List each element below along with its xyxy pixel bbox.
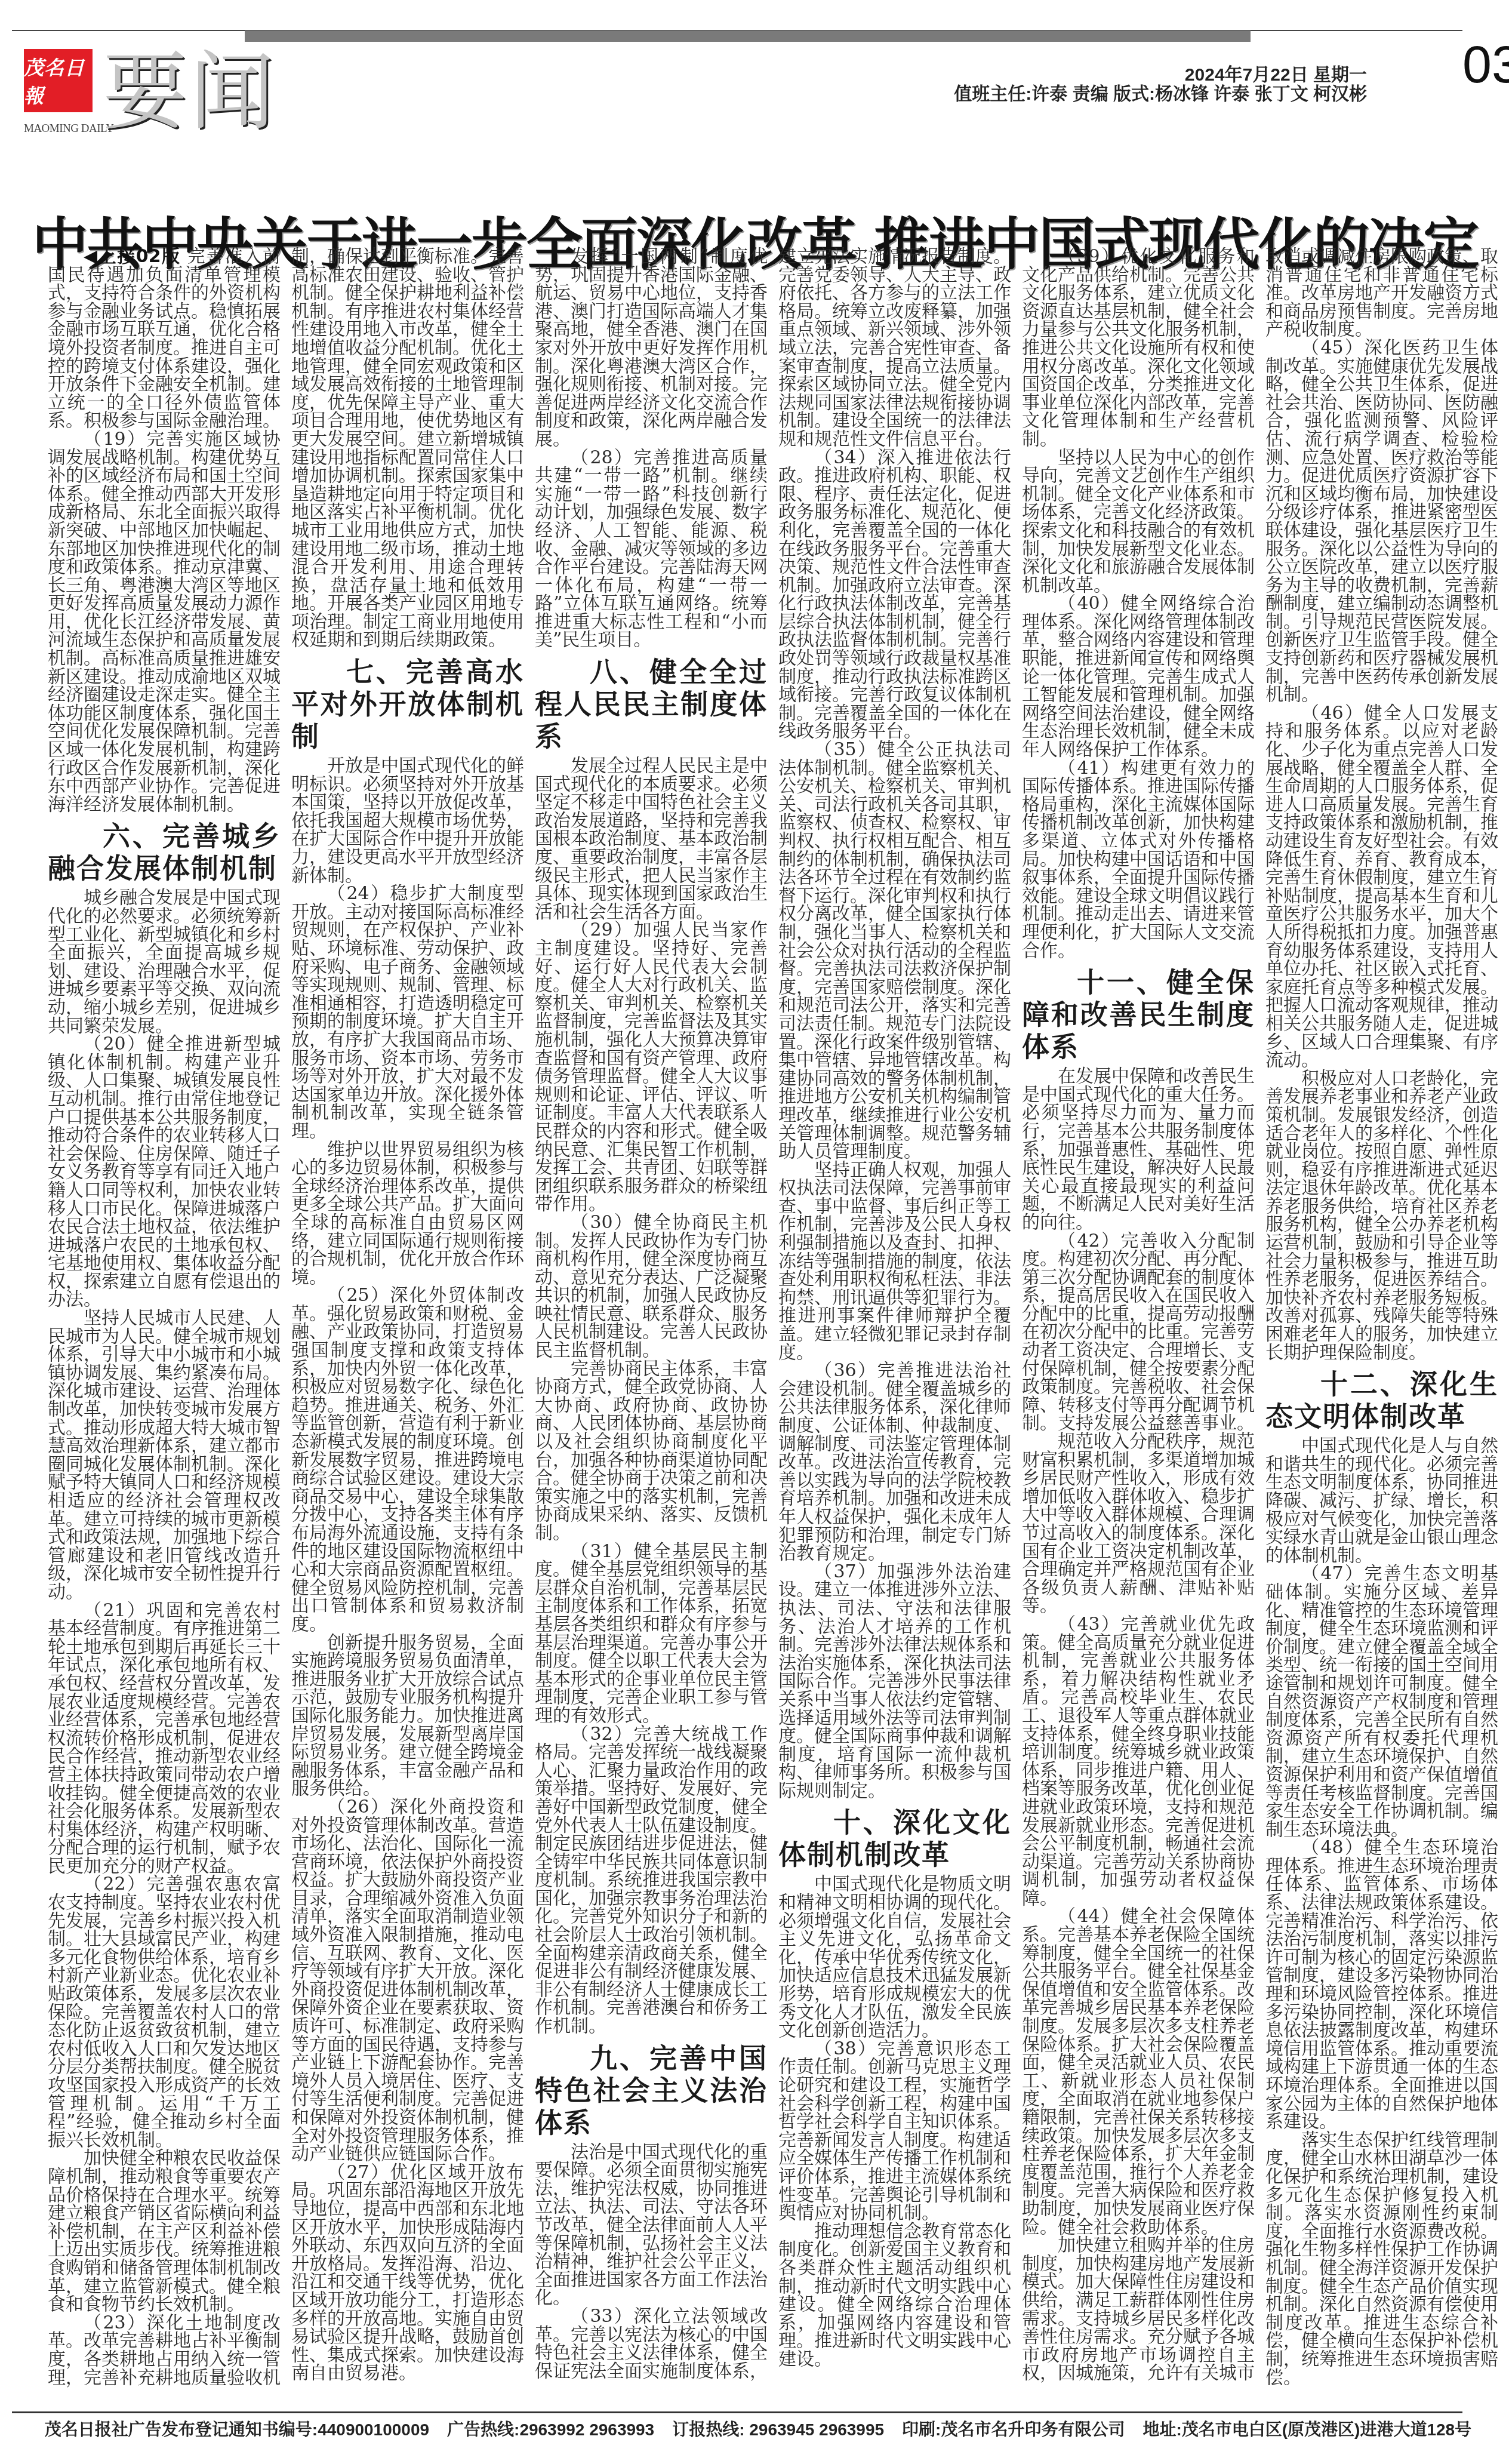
article-paragraph: 中国式现代化是人与自然和谐共生的现代化。必须完善生态文明制度体系，协同推进降碳、…: [1265, 1437, 1498, 1565]
paragraph-text: （21）巩固和完善农村基本经营制度。有序推进第二轮土地承包到期后再延长三十年试点…: [48, 1600, 281, 1877]
editor-credits: 值班主任:许泰 责编 版式:杨冰锋 许泰 张丁文 柯汉彬: [954, 79, 1367, 105]
paragraph-text: 开放是中国式现代化的鲜明标识。必须坚持对外开放基本国策，坚持以开放促改革，依托我…: [291, 755, 524, 886]
article-paragraph: （37）加强涉外法治建设。建立一体推进涉外立法、执法、司法、守法和法律服务、法治…: [778, 1563, 1011, 1801]
footer-address: 地址:茂名市电白区(原茂港区)进港大道128号: [1142, 2417, 1471, 2441]
paragraph-text: （32）完善大统战工作格局。完善发挥统一战线凝聚人心、汇聚力量政治作用的政策举措…: [535, 1724, 768, 2037]
paragraph-text: （22）完善强农惠农富农支持制度。坚持农业农村优先发展，完善乡村振兴投入机制。壮…: [48, 1874, 281, 2150]
article-paragraph: 中国式现代化是物质文明和精神文明相协调的现代化。必须增强文化自信，发展社会主义先…: [778, 1875, 1011, 2040]
article-paragraph: （30）健全协商民主机制。发挥人民政协作为专门协商机构作用，健全深度协商互动、意…: [535, 1214, 768, 1360]
footer-subscription-hotline: 订报热线: 2963945 2963995: [672, 2417, 884, 2441]
paragraph-text: 加快健全种粮农民收益保障机制，推动粮食等重要农产品价格保持在合理水平。统筹建立粮…: [48, 2148, 281, 2315]
article-paragraph: 落实生态保护红线管理制度，健全山水林田湖草沙一体化保护和系统治理机制，建设多元化…: [1265, 2131, 1498, 2387]
paragraph-text: （27）优化区域开放布局。巩固东部沿海地区开放先导地位，提高中西部和东北地区开放…: [291, 2162, 524, 2384]
article-paragraph: （19）完善实施区域协调发展战略机制。构建优势互补的区域经济布局和国土空间体系。…: [48, 430, 281, 814]
footer-printer: 印刷:茂名市名升印务有限公司: [902, 2417, 1125, 2441]
article-paragraph: 开放是中国式现代化的鲜明标识。必须坚持对外开放基本国策，坚持以开放促改革，依托我…: [291, 757, 524, 885]
article-paragraph: （47）完善生态文明基础体制。实施分区域、差异化、精准管控的生态环境管理制度，健…: [1265, 1565, 1498, 1839]
article-body: ◀上接02版 完善准入前国民待遇加负面清单管理模式，支持符合条件的外资机构参与金…: [48, 248, 1498, 2397]
article-paragraph: 维护以世界贸易组织为核心的多边贸易体制，积极参与全球经济治理体系改革，提供更多全…: [291, 1141, 524, 1287]
paragraph-text: 完善准入前国民待遇加负面清单管理模式，支持符合条件的外资机构参与金融业务试点。稳…: [48, 246, 281, 431]
article-paragraph: （45）深化医药卫生体制改革。实施健康优先发展战略，健全公共卫生体系，促进社会共…: [1265, 339, 1498, 705]
section-heading: 十、深化文化体制机制改革: [778, 1806, 1011, 1871]
paragraph-text: （46）健全人口发展支持和服务体系。以应对老龄化、少子化为重点完善人口发展战略，…: [1265, 703, 1498, 1070]
article-paragraph: 创新提升服务贸易，全面实施跨境服务贸易负面清单，推进服务业扩大开放综合试点示范，…: [291, 1634, 524, 1798]
paragraph-text: （19）完善实施区域协调发展战略机制。构建优势互补的区域经济布局和国土空间体系。…: [48, 429, 281, 815]
article-paragraph: 加快健全种粮农民收益保障机制，推动粮食等重要农产品价格保持在合理水平。统筹建立粮…: [48, 2149, 281, 2314]
article-paragraph: （31）健全基层民主制度。健全基层党组织领导的基层群众自治机制，完善基层民主制度…: [535, 1543, 768, 1725]
article-paragraph: （43）完善就业优先政策。健全高质量充分就业促进机制，完善就业公共服务体系，着力…: [1022, 1616, 1255, 1908]
article-paragraph: 积极应对人口老龄化，完善发展养老事业和养老产业政策机制。发展银发经济，创造适合老…: [1265, 1070, 1498, 1362]
article-paragraph: 发挥“一国两制”制度优势，巩固提升香港国际金融、航运、贸易中心地位，支持香港、澳…: [535, 248, 768, 449]
article-paragraph: 法治是中国式现代化的重要保障。必须全面贯彻实施宪法，维护宪法权威，协同推进立法、…: [535, 2143, 768, 2308]
paragraph-text: 坚持以人民为中心的创作导向，完善文艺创作生产组织机制。健全文化产业体系和市场体系…: [1022, 447, 1255, 596]
section-heading: 十一、健全保障和改善民生制度体系: [1022, 966, 1255, 1063]
article-paragraph: （44）健全社会保障体系。完善基本养老保险全国统筹制度，健全全国统一的社保公共服…: [1022, 1908, 1255, 2237]
top-bar: [245, 30, 1251, 42]
paragraph-text: （29）加强人民当家作主制度建设。坚持好、完善好、运行好人民代表大会制度。健全人…: [535, 919, 768, 1214]
article-paragraph: （36）完善推进法治社会建设机制。健全覆盖城乡的公共法律服务体系，深化律师制度、…: [778, 1362, 1011, 1563]
paragraph-text: （38）完善意识形态工作责任制。创新马克思主义理论研究和建设工程，实施哲学社会科…: [778, 2038, 1011, 2223]
article-paragraph: （34）深入推进依法行政。推进政府机构、职能、权限、程序、责任法定化，促进政务服…: [778, 449, 1011, 742]
paragraph-text: 坚持人民城市人民建、人民城市为人民。健全城市规划体系，引导大中小城市和小城镇协调…: [48, 1308, 281, 1602]
article-paragraph: （20）健全推进新型城镇化体制机制。构建产业升级、人口集聚、城镇发展良性互动机制…: [48, 1035, 281, 1309]
article-paragraph: 坚持人民城市人民建、人民城市为人民。健全城市规划体系，引导大中小城市和小城镇协调…: [48, 1309, 281, 1602]
article-paragraph: （25）深化外贸体制改革。强化贸易政策和财税、金融、产业政策协同，打造贸易强国制…: [291, 1287, 524, 1634]
article-paragraph: （26）深化外商投资和对外投资管理体制改革。营造市场化、法治化、国际化一流营商环…: [291, 1798, 524, 2164]
paragraph-text: （37）加强涉外法治建设。建立一体推进涉外立法、执法、司法、守法和法律服务、法治…: [778, 1561, 1011, 1801]
paragraph-text: 发挥“一国两制”制度优势，巩固提升香港国际金融、航运、贸易中心地位，支持香港、澳…: [535, 246, 768, 450]
paragraph-text: 规范收入分配秩序，规范财富积累机制，多渠道增加城乡居民财产性收入，形成有效增加低…: [1022, 1431, 1255, 1616]
article-paragraph: （29）加强人民当家作主制度建设。坚持好、完善好、运行好人民代表大会制度。健全人…: [535, 921, 768, 1214]
article-paragraph: （46）健全人口发展支持和服务体系。以应对老龄化、少子化为重点完善人口发展战略，…: [1265, 705, 1498, 1070]
article-paragraph: （22）完善强农惠农富农支持制度。坚持农业农村优先发展，完善乡村振兴投入机制。壮…: [48, 1875, 281, 2149]
article-paragraph: （21）巩固和完善农村基本经营制度。有序推进第二轮土地承包到期后再延长三十年试点…: [48, 1602, 281, 1876]
footer-ad-registration: 茂名日报社广告发布登记通知书编号:440900100009: [45, 2417, 429, 2441]
article-paragraph: 发展全过程人民民主是中国式现代化的本质要求。必须坚定不移走中国特色社会主义政治发…: [535, 757, 768, 921]
paragraph-text: 中国式现代化是物质文明和精神文明相协调的现代化。必须增强文化自信，发展社会主义先…: [778, 1874, 1011, 2041]
paragraph-text: （41）构建更有效力的国际传播体系。推进国际传播格局重构，深化主流媒体国际传播机…: [1022, 758, 1255, 961]
article-paragraph: （28）完善推进高质量共建“一带一路”机制。继续实施“一带一路”科技创新行动计划…: [535, 449, 768, 650]
footer: 茂名日报社广告发布登记通知书编号:440900100009 广告热线:29639…: [42, 2417, 1474, 2441]
paragraph-text: （20）健全推进新型城镇化体制机制。构建产业升级、人口集聚、城镇发展良性互动机制…: [48, 1033, 281, 1310]
page-number: 03: [1462, 35, 1509, 94]
paragraph-text: （30）健全协商民主机制。发挥人民政协作为专门协商机构作用，健全深度协商互动、意…: [535, 1212, 768, 1361]
paragraph-text: （34）深入推进依法行政。推进政府机构、职能、权限、程序、责任法定化，促进政务服…: [778, 447, 1011, 742]
paragraph-text: （47）完善生态文明基础体制。实施分区域、差异化、精准管控的生态环境管理制度，健…: [1265, 1563, 1498, 1839]
paragraph-text: （44）健全社会保障体系。完善基本养老保险全国统筹制度，健全全国统一的社保公共服…: [1022, 1906, 1255, 2237]
paragraph-text: （39）优化文化服务和文化产品供给机制。完善公共文化服务体系，建立优质文化资源直…: [1022, 246, 1255, 450]
paragraph-text: （35）健全公正执法司法体制机制。健全监察机关、公安机关、检察机关、审判机关、司…: [778, 739, 1011, 1162]
section-heading: 六、完善城乡融合发展体制机制: [48, 820, 281, 884]
paragraph-text: （31）健全基层民主制度。健全基层党组织领导的基层群众自治机制，完善基层民主制度…: [535, 1541, 768, 1726]
section-heading: 十二、深化生态文明体制改革: [1265, 1368, 1498, 1432]
paragraph-text: 落实生态保护红线管理制度，健全山水林田湖草沙一体化保护和系统治理机制，建设多元化…: [1265, 2130, 1498, 2388]
paragraph-text: （25）深化外贸体制改革。强化贸易政策和财税、金融、产业政策协同，打造贸易强国制…: [291, 1285, 524, 1635]
paragraph-text: （43）完善就业优先政策。健全高质量充分就业促进机制，完善就业公共服务体系，着力…: [1022, 1614, 1255, 1909]
article-paragraph: 推动理想信念教育常态化制度化。创新爱国主义教育和各类群众性主题活动组织机制，推动…: [778, 2223, 1011, 2369]
paragraph-text: （48）健全生态环境治理体系。推进生态环境治理责任体系、监管体系、市场体系、法律…: [1265, 1837, 1498, 2132]
article-paragraph: （42）完善收入分配制度。构建初次分配、再分配、第三次分配协调配套的制度体系，提…: [1022, 1232, 1255, 1434]
article-paragraph: 坚持以人民为中心的创作导向，完善文艺创作生产组织机制。健全文化产业体系和市场体系…: [1022, 449, 1255, 595]
paragraph-text: 中国式现代化是人与自然和谐共生的现代化。必须完善生态文明制度体系，协同推进降碳、…: [1265, 1435, 1498, 1566]
article-paragraph: ◀上接02版 完善准入前国民待遇加负面清单管理模式，支持符合条件的外资机构参与金…: [48, 248, 281, 430]
logo-text: 茂名日報: [24, 53, 93, 109]
article-paragraph: （35）健全公正执法司法体制机制。健全监察机关、公安机关、检察机关、审判机关、司…: [778, 741, 1011, 1161]
newspaper-english-name: MAOMING DAILY: [24, 122, 93, 136]
paragraph-text: 坚持正确人权观，加强人权执法司法保障，完善事前审查、事中监督、事后纠正等工作机制…: [778, 1159, 1011, 1363]
article-paragraph: 坚持正确人权观，加强人权执法司法保障，完善事前审查、事中监督、事后纠正等工作机制…: [778, 1161, 1011, 1362]
paragraph-text: 积极应对人口老龄化，完善发展养老事业和养老产业政策机制。发展银发经济，创造适合老…: [1265, 1068, 1498, 1363]
article-paragraph: （32）完善大统战工作格局。完善发挥统一战线凝聚人心、汇聚力量政治作用的政策举措…: [535, 1725, 768, 2036]
paragraph-text: 创新提升服务贸易，全面实施跨境服务贸易负面清单，推进服务业扩大开放综合试点示范，…: [291, 1632, 524, 1799]
article-paragraph: （40）健全网络综合治理体系。深化网络管理体制改革，整合网络内容建设和管理职能，…: [1022, 595, 1255, 759]
paragraph-text: （42）完善收入分配制度。构建初次分配、再分配、第三次分配协调配套的制度体系，提…: [1022, 1231, 1255, 1434]
paragraph-text: 在发展中保障和改善民生是中国式现代化的重大任务。必须坚持尽力而为、量力而行，完善…: [1022, 1066, 1255, 1233]
paragraph-text: 发展全过程人民民主是中国式现代化的本质要求。必须坚定不移走中国特色社会主义政治发…: [535, 755, 768, 922]
bottom-rule: [12, 2411, 1462, 2413]
article-paragraph: （48）健全生态环境治理体系。推进生态环境治理责任体系、监管体系、市场体系、法律…: [1265, 1839, 1498, 2131]
section-heading: 九、完善中国特色社会主义法治体系: [535, 2042, 768, 2139]
section-title: 要闻: [103, 42, 277, 143]
article-paragraph: （38）完善意识形态工作责任制。创新马克思主义理论研究和建设工程，实施哲学社会科…: [778, 2040, 1011, 2223]
footer-ad-hotline: 广告热线:2963992 2963993: [447, 2417, 654, 2441]
article-paragraph: 在发展中保障和改善民生是中国式现代化的重大任务。必须坚持尽力而为、量力而行，完善…: [1022, 1068, 1255, 1232]
section-heading: 七、完善高水平对外开放体制机制: [291, 656, 524, 752]
article-paragraph: 完善协商民主体系，丰富协商方式，健全政党协商、人大协商、政府协商、政协协商、人民…: [535, 1360, 768, 1543]
article-paragraph: 城乡融合发展是中国式现代化的必然要求。必须统筹新型工业化、新型城镇化和乡村全面振…: [48, 889, 281, 1035]
article-paragraph: （39）优化文化服务和文化产品供给机制。完善公共文化服务体系，建立优质文化资源直…: [1022, 248, 1255, 449]
newspaper-logo: 茂名日報: [24, 49, 93, 112]
section-heading: 八、健全全过程人民民主制度体系: [535, 656, 768, 752]
paragraph-text: （24）稳步扩大制度型开放。主动对接国际高标准经贸规则，在产权保护、产业补贴、环…: [291, 883, 524, 1142]
paragraph-text: （45）深化医药卫生体制改革。实施健康优先发展战略，健全公共卫生体系，促进社会共…: [1265, 337, 1498, 705]
paragraph-text: （40）健全网络综合治理体系。深化网络管理体制改革，整合网络内容建设和管理职能，…: [1022, 593, 1255, 760]
paragraph-text: 法治是中国式现代化的重要保障。必须全面贯彻实施宪法，维护宪法权威，协同推进立法、…: [535, 2142, 768, 2309]
paragraph-text: （26）深化外商投资和对外投资管理体制改革。营造市场化、法治化、国际化一流营商环…: [291, 1797, 524, 2164]
paragraph-text: 推动理想信念教育常态化制度化。创新爱国主义教育和各类群众性主题活动组织机制，推动…: [778, 2221, 1011, 2370]
article-paragraph: （27）优化区域开放布局。巩固东部沿海地区开放先导地位，提高中西部和东北地区开放…: [291, 2164, 524, 2383]
article-paragraph: （24）稳步扩大制度型开放。主动对接国际高标准经贸规则，在产权保护、产业补贴、环…: [291, 885, 524, 1140]
paragraph-text: （36）完善推进法治社会建设机制。健全覆盖城乡的公共法律服务体系，深化律师制度、…: [778, 1360, 1011, 1564]
article-paragraph: （41）构建更有效力的国际传播体系。推进国际传播格局重构，深化主流媒体国际传播机…: [1022, 759, 1255, 961]
paragraph-text: 完善协商民主体系，丰富协商方式，健全政党协商、人大协商、政府协商、政协协商、人民…: [535, 1358, 768, 1543]
paragraph-text: 维护以世界贸易组织为核心的多边贸易体制，积极参与全球经济治理体系改革，提供更多全…: [291, 1139, 524, 1288]
article-paragraph: 规范收入分配秩序，规范财富积累机制，多渠道增加城乡居民财产性收入，形成有效增加低…: [1022, 1433, 1255, 1616]
paragraph-text: （28）完善推进高质量共建“一带一路”机制。继续实施“一带一路”科技创新行动计划…: [535, 447, 768, 651]
paragraph-text: 城乡融合发展是中国式现代化的必然要求。必须统筹新型工业化、新型城镇化和乡村全面振…: [48, 887, 281, 1036]
